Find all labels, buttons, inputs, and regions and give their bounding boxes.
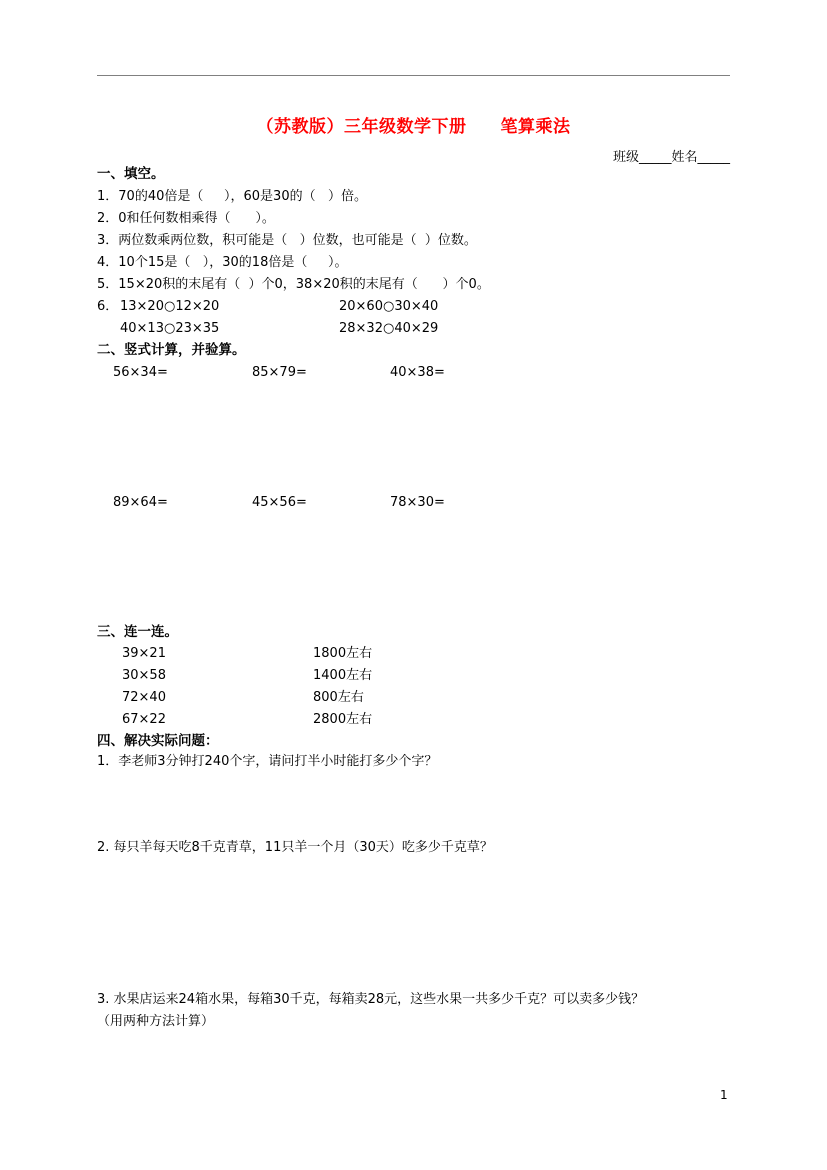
class-name-field: 班级_____姓名_____	[613, 146, 730, 165]
calc-2: 85×79=	[252, 364, 307, 382]
match-left-4: 67×22	[122, 711, 166, 729]
word-problem-3-note: （用两种方法计算）	[97, 1013, 214, 1031]
section2-heading: 二、竖式计算，并验算。	[97, 341, 246, 359]
calc-4: 89×64=	[113, 494, 168, 512]
page-title: （苏教版）三年级数学下册笔算乘法	[0, 112, 827, 137]
fill-item-5: 5．15×20积的末尾有（ ）个0，38×20积的末尾有（ ）个0。	[97, 276, 490, 294]
word-problem-2: 2. 每只羊每天吃8千克青草，11只羊一个月（30天）吃多少千克草？	[97, 839, 493, 857]
compare-2: 20×60○30×40	[339, 298, 438, 316]
fill-item-3: 3．两位数乘两位数，积可能是（ ）位数，也可能是（ ）位数。	[97, 232, 477, 250]
header-rule	[97, 75, 730, 76]
calc-6: 78×30=	[390, 494, 445, 512]
compare-3: 40×13○23×35	[120, 320, 219, 338]
match-left-2: 30×58	[122, 667, 166, 685]
page-number: 1	[720, 1088, 728, 1102]
fill-item-1: 1．70的40倍是（ ），60是30的（ ）倍。	[97, 188, 367, 206]
match-right-2: 1400左右	[313, 667, 372, 685]
calc-1: 56×34=	[113, 364, 168, 382]
calc-5: 45×56=	[252, 494, 307, 512]
match-left-1: 39×21	[122, 645, 166, 663]
title-part2: 笔算乘法	[501, 117, 571, 137]
match-right-1: 1800左右	[313, 645, 372, 663]
compare-1: 13×20○12×20	[120, 298, 219, 316]
calc-3: 40×38=	[390, 364, 445, 382]
compare-4: 28×32○40×29	[339, 320, 438, 338]
section3-heading: 三、连一连。	[97, 623, 178, 641]
match-right-3: 800左右	[313, 689, 364, 707]
word-problem-1: 1．李老师3分钟打240个字，请问打半小时能打多少个字？	[97, 753, 437, 771]
word-problem-3: 3. 水果店运来24箱水果，每箱30千克，每箱卖28元，这些水果一共多少千克？可…	[97, 991, 644, 1009]
match-right-4: 2800左右	[313, 711, 372, 729]
fill-item-4: 4．10个15是（ ），30的18倍是（ ）。	[97, 254, 348, 272]
match-left-3: 72×40	[122, 689, 166, 707]
fill-item-2: 2．0和任何数相乘得（ ）。	[97, 210, 275, 228]
section4-heading: 四、解决实际问题：	[97, 732, 219, 750]
section1-heading: 一、填空。	[97, 165, 165, 183]
title-part1: （苏教版）三年级数学下册	[257, 117, 467, 137]
fill-item-6-label: 6．	[97, 298, 118, 316]
